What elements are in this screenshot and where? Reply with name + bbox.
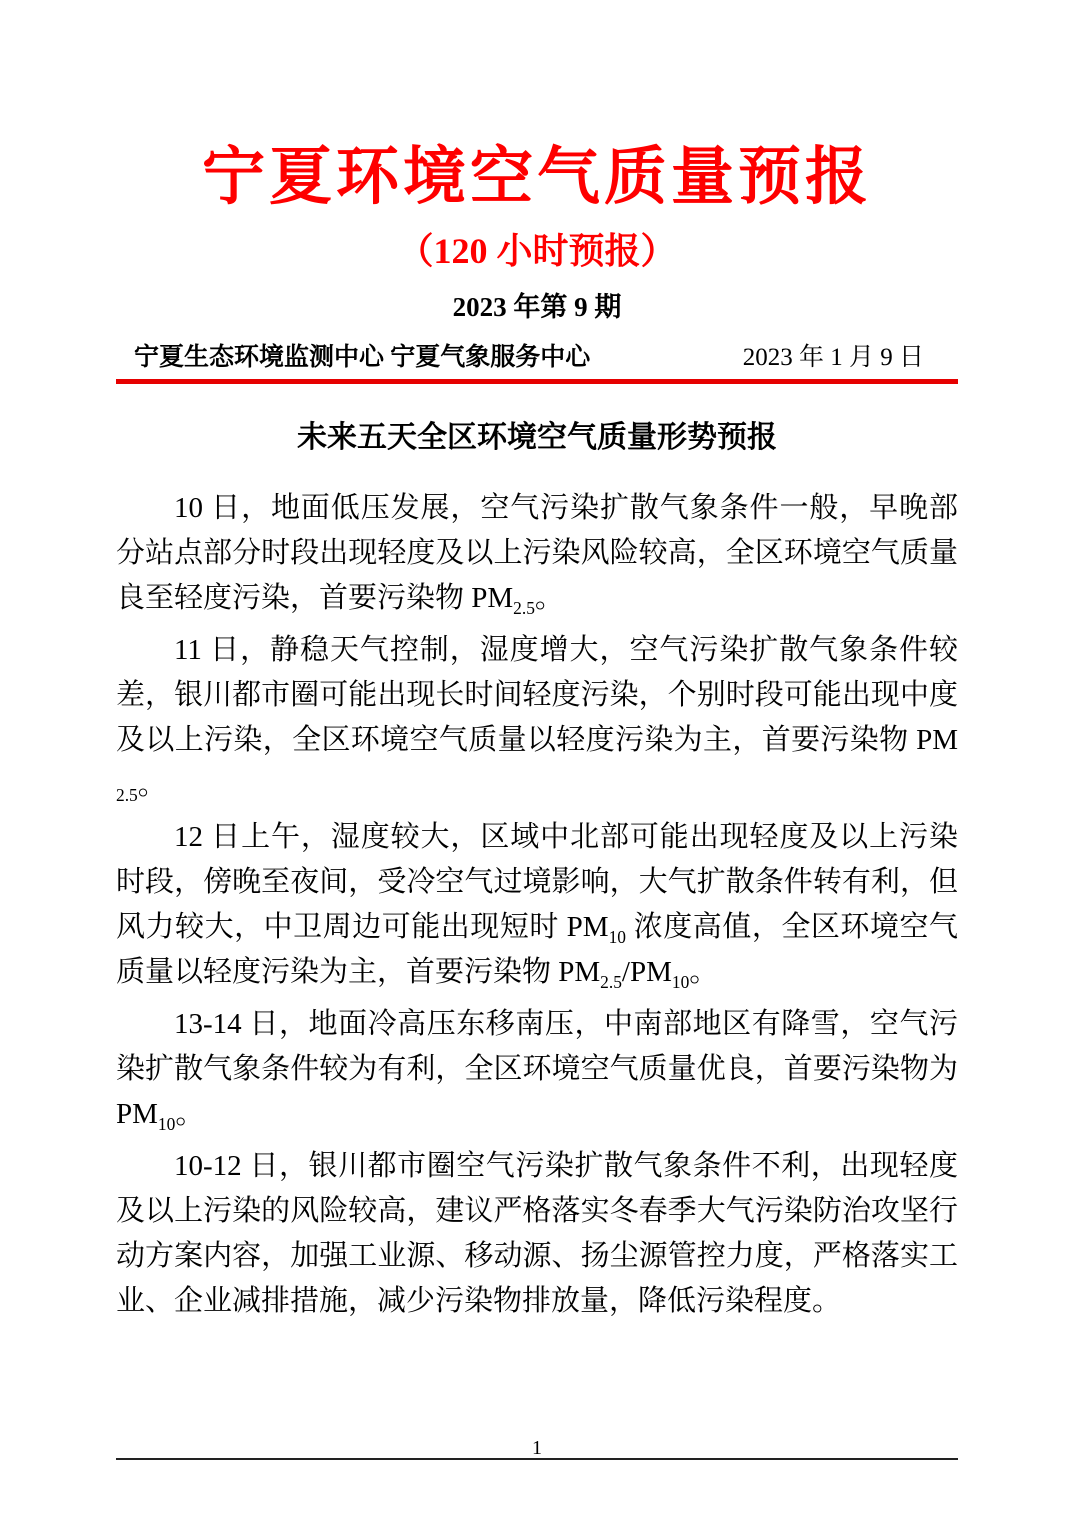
page-footer: 1: [116, 1436, 958, 1460]
document-content: 宁夏环境空气质量预报 （120 小时预报） 2023 年第 9 期 宁夏生态环境…: [0, 130, 1074, 1324]
masthead-row: 宁夏生态环境监测中心 宁夏气象服务中心 2023 年 1 月 9 日: [116, 341, 958, 375]
document-page: 宁夏环境空气质量预报 （120 小时预报） 2023 年第 9 期 宁夏生态环境…: [0, 0, 1074, 1520]
pollutant-subscript: 2.5: [600, 972, 622, 992]
forecast-paragraphs: 10 日，地面低压发展，空气污染扩散气象条件一般，早晚部分站点部分时段出现轻度及…: [116, 486, 958, 1324]
pollutant-subscript: 10: [158, 1114, 175, 1134]
red-divider-line: [116, 379, 958, 384]
page-number: 1: [116, 1436, 958, 1460]
issuing-agencies: 宁夏生态环境监测中心 宁夏气象服务中心: [116, 341, 590, 375]
pollutant-subscript: 10: [672, 972, 689, 992]
section-title: 未来五天全区环境空气质量形势预报: [116, 418, 958, 458]
document-title: 宁夏环境空气质量预报: [116, 130, 958, 225]
forecast-paragraph: 11 日，静稳天气控制，湿度增大，空气污染扩散气象条件较差，银川都市圈可能出现长…: [116, 628, 958, 808]
forecast-paragraph: 10-12 日，银川都市圈空气污染扩散气象条件不利，出现轻度及以上污染的风险较高…: [116, 1144, 958, 1324]
pollutant-subscript: 2.5: [513, 598, 535, 618]
pollutant-subscript: 2.5: [116, 785, 138, 805]
forecast-paragraph: 12 日上午，湿度较大，区域中北部可能出现轻度及以上污染时段，傍晚至夜间，受冷空…: [116, 815, 958, 995]
pollutant-subscript: 10: [609, 927, 626, 947]
issue-date: 2023 年 1 月 9 日: [743, 341, 958, 375]
issue-number: 2023 年第 9 期: [116, 289, 958, 325]
forecast-paragraph: 13-14 日，地面冷高压东移南压，中南部地区有降雪，空气污染扩散气象条件较为有…: [116, 1002, 958, 1137]
forecast-paragraph: 10 日，地面低压发展，空气污染扩散气象条件一般，早晚部分站点部分时段出现轻度及…: [116, 486, 958, 621]
document-subtitle: （120 小时预报）: [116, 227, 958, 275]
